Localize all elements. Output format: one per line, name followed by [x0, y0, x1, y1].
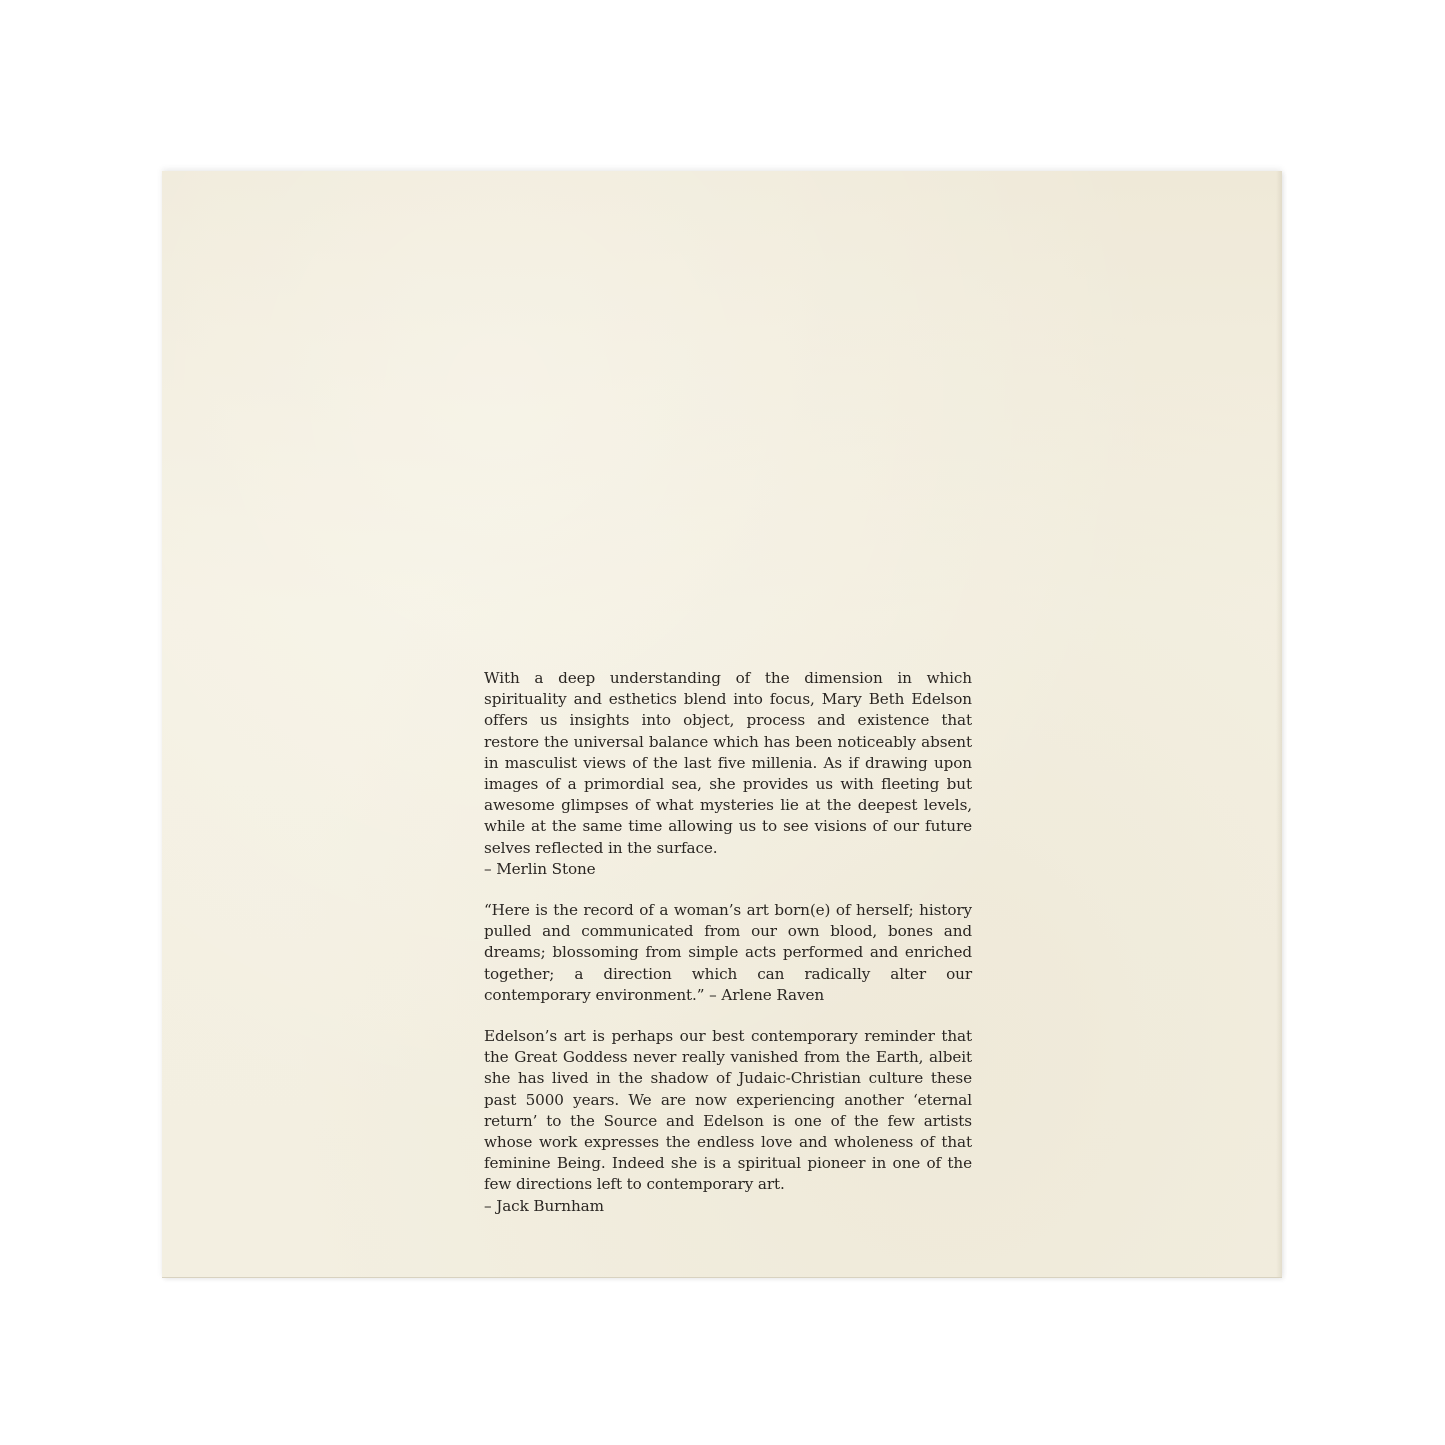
quote-arlene-raven: “Here is the record of a woman’s art bor…	[484, 900, 972, 1006]
spacer	[484, 880, 972, 900]
attribution-merlin-stone: – Merlin Stone	[484, 859, 972, 880]
quote-text: Edelson’s art is perhaps our best contem…	[484, 1027, 972, 1193]
quote-text: With a deep understanding of the dimensi…	[484, 669, 972, 857]
attribution-arlene-raven: – Arlene Raven	[709, 986, 824, 1004]
quote-jack-burnham: Edelson’s art is perhaps our best contem…	[484, 1026, 972, 1196]
spacer	[484, 1006, 972, 1026]
quotes-block: With a deep understanding of the dimensi…	[484, 668, 972, 1217]
quote-merlin-stone: With a deep understanding of the dimensi…	[484, 668, 972, 859]
attribution-jack-burnham: – Jack Burnham	[484, 1196, 972, 1217]
